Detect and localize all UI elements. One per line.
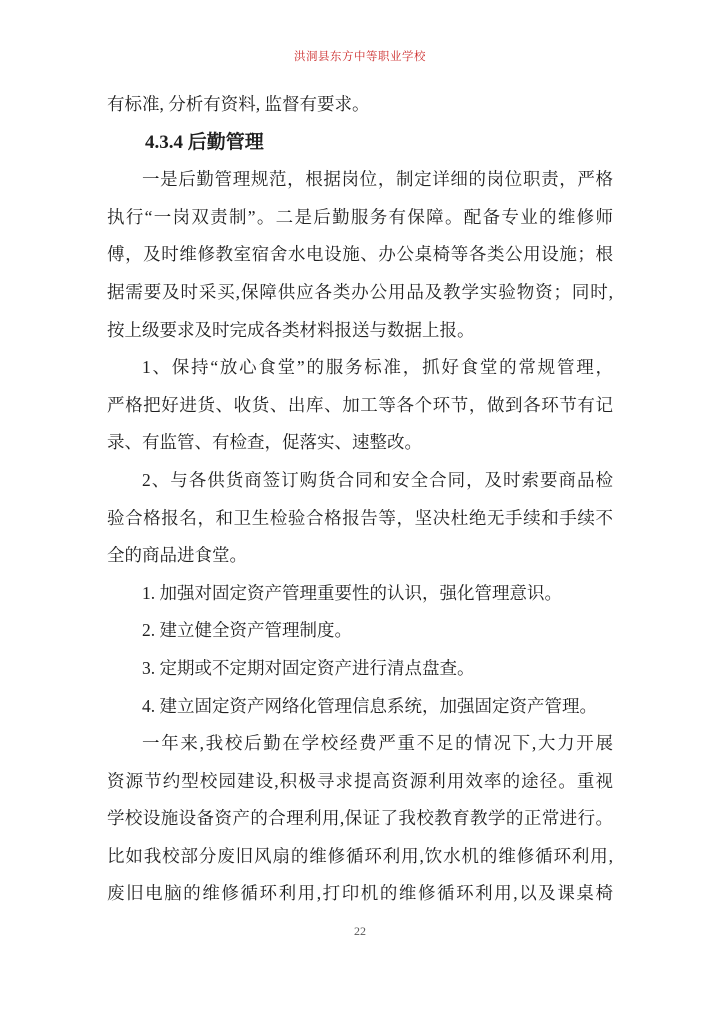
text-line: 一是后勤管理规范，根据岗位，制定详细的岗位职责，严格 — [107, 161, 613, 199]
text-line: 比如我校部分废旧风扇的维修循环利用,饮水机的维修循环利用, — [107, 838, 613, 876]
text-line: 一年来,我校后勤在学校经费严重不足的情况下,大力开展 — [107, 725, 613, 763]
text-line: 学校设施设备资产的合理利用,保证了我校教育教学的正常进行。 — [107, 800, 613, 838]
text-line: 1、保持“放心食堂”的服务标准，抓好食堂的常规管理， — [107, 349, 613, 387]
text-line: 4. 建立固定资产网络化管理信息系统，加强固定资产管理。 — [107, 688, 613, 726]
text-line: 3. 定期或不定期对固定资产进行清点盘查。 — [107, 650, 613, 688]
text-line: 据需要及时采买,保障供应各类办公用品及教学实验物资；同时, — [107, 274, 613, 312]
text-line: 资源节约型校园建设,积极寻求提高资源利用效率的途径。重视 — [107, 763, 613, 801]
text-line: 验合格报名，和卫生检验合格报告等，坚决杜绝无手续和手续不 — [107, 500, 613, 538]
text-line: 1. 加强对固定资产管理重要性的认识，强化管理意识。 — [107, 575, 613, 613]
page-number: 22 — [0, 924, 720, 938]
text-line: 执行“一岗双责制”。二是后勤服务有保障。配备专业的维修师 — [107, 199, 613, 237]
text-line: 废旧电脑的维修循环利用,打印机的维修循环利用,以及课桌椅 — [107, 875, 613, 913]
text-line: 严格把好进货、收货、出库、加工等各个环节，做到各环节有记 — [107, 387, 613, 425]
section-heading: 4.3.4 后勤管理 — [107, 124, 613, 162]
text-line: 2. 建立健全资产管理制度。 — [107, 612, 613, 650]
text-line: 录、有监管、有检查，促落实、速整改。 — [107, 424, 613, 462]
text-line: 有标准, 分析有资料, 监督有要求。 — [107, 86, 613, 124]
text-line: 按上级要求及时完成各类材料报送与数据上报。 — [107, 312, 613, 350]
text-line: 2、与各供货商签订购货合同和安全合同，及时索要商品检 — [107, 462, 613, 500]
document-page: 洪洞县东方中等职业学校 有标准, 分析有资料, 监督有要求。4.3.4 后勤管理… — [0, 0, 720, 1018]
text-line: 傅，及时维修教室宿舍水电设施、办公桌椅等各类公用设施；根 — [107, 236, 613, 274]
text-line: 全的商品进食堂。 — [107, 537, 613, 575]
page-header-school-name: 洪洞县东方中等职业学校 — [0, 50, 720, 64]
document-body: 有标准, 分析有资料, 监督有要求。4.3.4 后勤管理一是后勤管理规范，根据岗… — [107, 86, 613, 913]
